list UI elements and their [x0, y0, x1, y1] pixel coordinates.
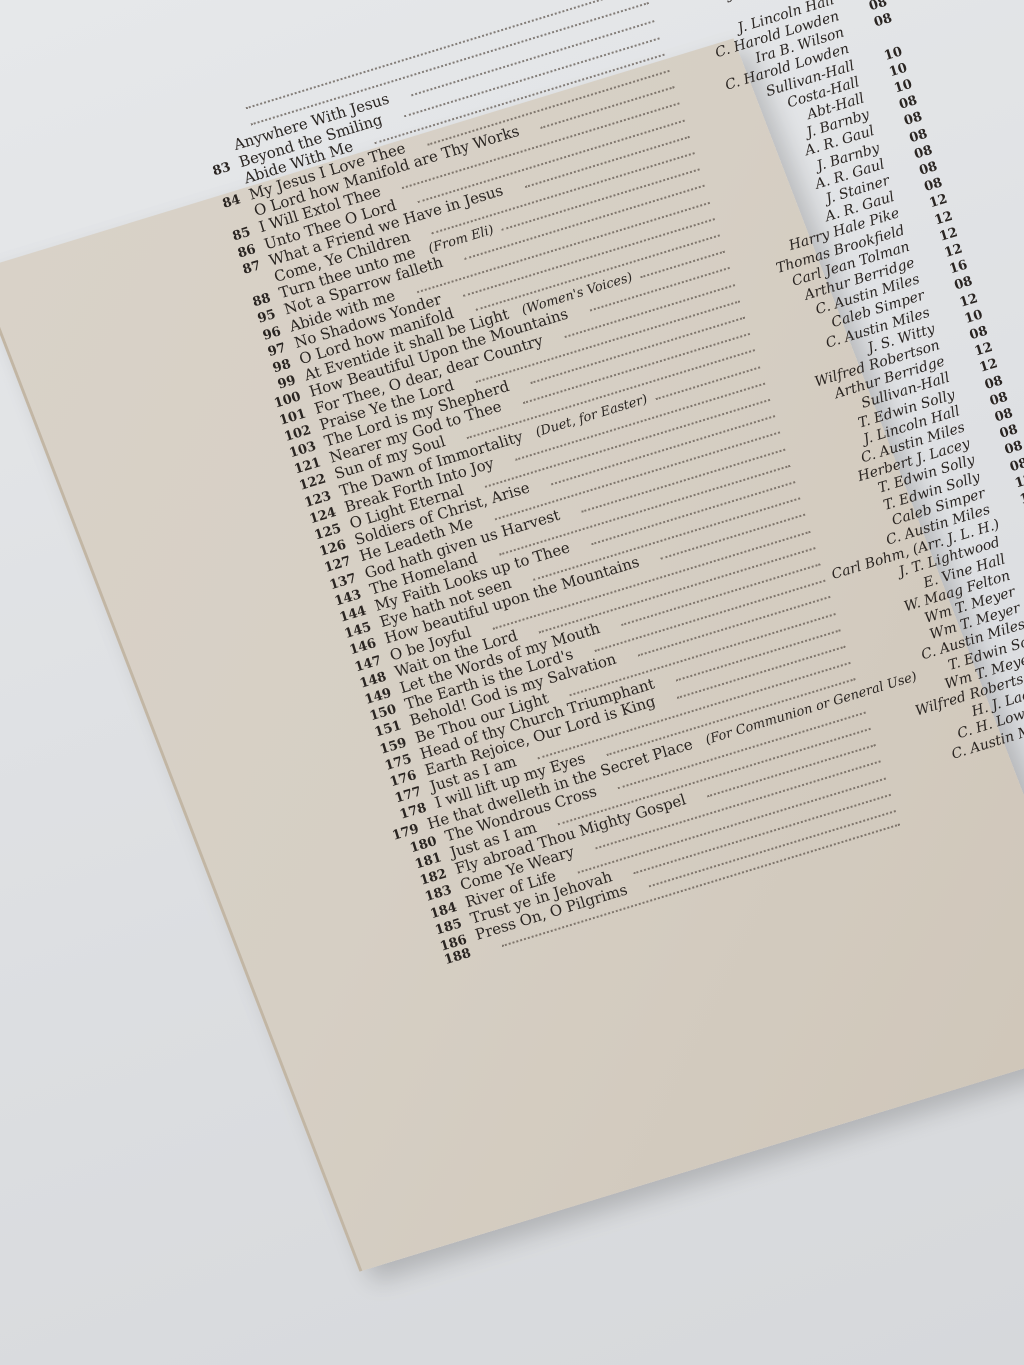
dot-leader [925, 675, 926, 677]
